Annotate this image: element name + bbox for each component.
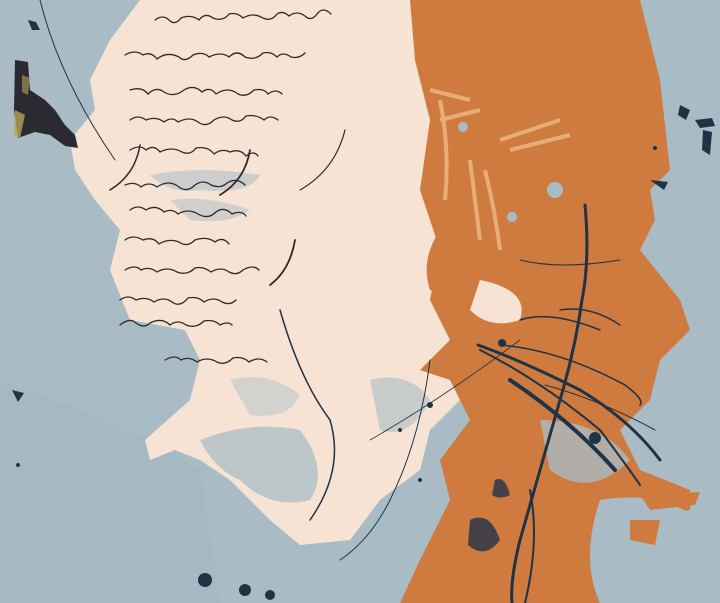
artwork-canvas [0, 0, 720, 603]
painting-svg [0, 0, 720, 603]
